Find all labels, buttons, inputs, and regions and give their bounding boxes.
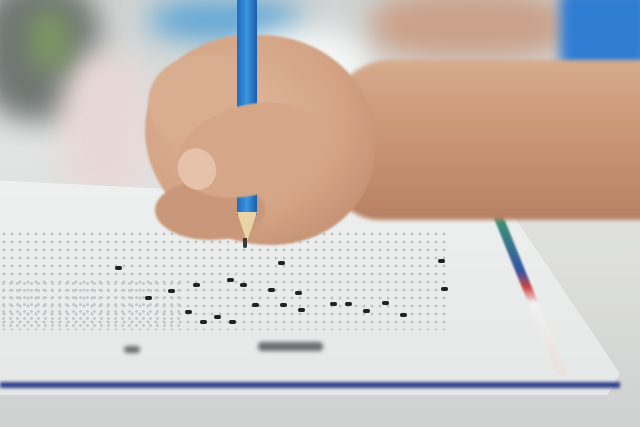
- forearm: [330, 60, 640, 220]
- bubble-grid-left: [0, 280, 180, 330]
- pencil-tip: [237, 212, 257, 242]
- background-blur-green: [30, 10, 70, 70]
- pencil-lead: [243, 238, 247, 248]
- background-hand: [370, 0, 570, 60]
- sheet-edge: [0, 382, 620, 388]
- background-blur-pink: [60, 50, 150, 200]
- printed-mark-blur: [124, 346, 140, 353]
- printed-label-blur: [258, 342, 323, 351]
- photo-scene: [0, 0, 640, 427]
